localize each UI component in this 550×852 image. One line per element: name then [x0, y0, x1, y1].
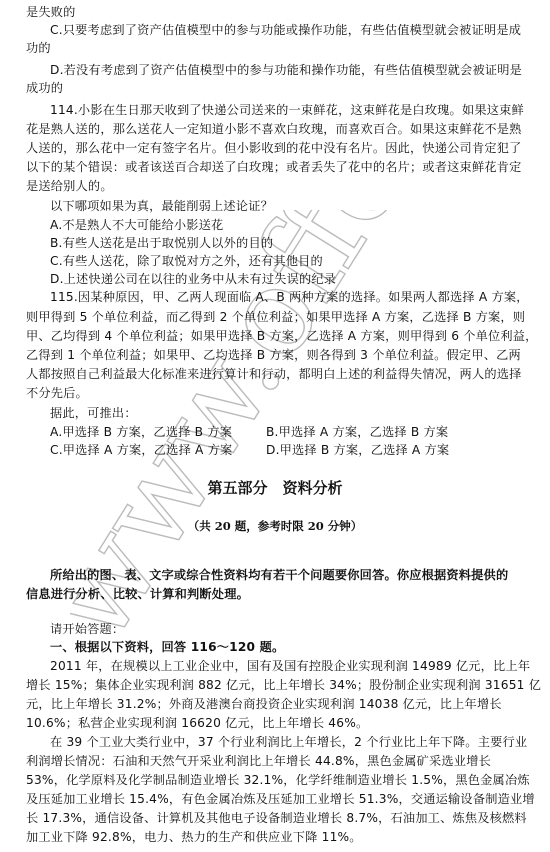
q115-stem: 则甲得到 5 个单位利益，而乙得到 2 个单位利益；如果甲选择 A 方案，乙选择…	[26, 309, 525, 325]
q114-stem: 人送的，那么花中一定有签字名片。但小影收到的花中没有名片。因此，快递公司肯定犯了	[26, 140, 522, 156]
q114-option-b: B.有些人送花是出于取悦别人以外的目的	[50, 235, 273, 251]
q114-prompt: 以下哪项如果为真，最能削弱上述论证？	[50, 198, 273, 214]
q115-option-a: A.甲选择 B 方案，乙选择 B 方案	[50, 424, 232, 440]
q115-stem: 不分先后。	[26, 385, 88, 401]
material-paragraph-1: 元，比上年增长 31.2%；外商及港澳台商投资企业实现利润 14038 亿元，比…	[26, 696, 502, 712]
q114-stem: 花是熟人送的，那么送花人一定知道小影不喜欢白玫瑰，而喜欢百合。如果这束鲜花不是熟	[26, 121, 522, 137]
q113-option-c: C.只要考虑到了资产估值模型中的参与功能或操作功能，有些估值模型就会被证明是成	[50, 22, 521, 38]
q115-stem: 人都按照自己利益最大化标准来进行算计和行动，都明白上述的利益得失情况，两人的选择	[26, 366, 522, 382]
q115-stem: 甲、乙均得到 4 个单位利益；如果甲选择 B 方案，乙选择 A 方案，则甲得到 …	[26, 328, 538, 344]
q113-option-d: D.若没有考虑到了资产估值模型中的参与功能和操作功能，有些估值模型就会被证明是	[50, 62, 522, 78]
section-title: 第五部分 资料分析	[0, 478, 550, 498]
q115-prompt: 据此，可推出：	[50, 405, 137, 421]
q114-option-d: D.上述快递公司在以往的业务中从未有过失误的纪录	[50, 271, 336, 287]
material-paragraph-1: 增长 15%；集体企业实现利润 882 亿元，比上年增长 34%；股份制企业实现…	[26, 677, 541, 693]
material-paragraph-2: 利润增长情况：石油和天然气开采业利润比上年增长 44.8%，黑色金属矿采选业增长	[26, 753, 491, 769]
q114-option-a: A.不是熟人不大可能给小影送花	[50, 217, 223, 233]
material-paragraph-2: 在 39 个工业大类行业中，37 个行业利润比上年增长，2 个行业比上年下降。主…	[50, 734, 527, 750]
q115-stem: 115.因某种原因，甲、乙两人现面临 A、B 两种方案的选择。如果两人都选择 A…	[50, 289, 529, 305]
q114-stem: 以下的某个错误：或者该送百合却送了白玫瑰；或者丢失了花中的名片；或者这束鲜花肯定	[26, 159, 522, 175]
q115-option-c: C.甲选择 A 方案，乙选择 A 方案	[50, 442, 232, 458]
q114-stem: 是送给别人的。	[26, 178, 113, 194]
material-paragraph-1: 2011 年，在规模以上工业企业中，国有及国有控股企业实现利润 14989 亿元…	[50, 658, 530, 674]
section-intro: 所给出的图、表、文字或综合性资料均有若干个问题要你回答。你应根据资料提供的	[50, 567, 508, 583]
material-paragraph-2: 加工业下降 92.8%，电力、热力的生产和供应业下降 11%。	[26, 829, 362, 845]
section-intro-cont: 信息进行分析、比较、计算和判断处理。	[26, 586, 249, 602]
material-paragraph-2: 及压延加工业增长 15.4%，有色金属冶炼及压延加工业增长 51.3%，交通运输…	[26, 791, 535, 807]
q115-option-b: B.甲选择 A 方案，乙选择 B 方案	[266, 424, 448, 440]
section-subtitle: （共 20 题，参考时限 20 分钟）	[0, 518, 550, 534]
q113-option-c-cont: 功的	[26, 40, 51, 56]
material-paragraph-2: 长 17.3%，通信设备、计算机及其他电子设备制造业增长 8.7%，石油加工、炼…	[26, 810, 527, 826]
question-group-title: 一、根据以下资料，回答 116～120 题。	[50, 639, 284, 655]
q115-option-d: D.甲选择 B 方案，乙选择 A 方案	[266, 442, 449, 458]
material-paragraph-1: 10.6%；私营企业实现利润 16620 亿元，比上年增长 46%。	[26, 715, 368, 731]
q114-stem: 114.小影在生日那天收到了快递公司送来的一束鲜花，这束鲜花是白玫瑰。如果这束鲜	[50, 102, 524, 118]
q114-option-c: C.有些人送花，除了取悦对方之外，还有其他目的	[50, 253, 323, 269]
start-prompt: 请开始答题：	[50, 621, 124, 637]
q113-tail: 是失败的	[26, 4, 76, 20]
q113-option-d-cont: 成功的	[26, 80, 63, 96]
material-paragraph-2: 53%，化学原料及化学制品制造业增长 32.1%，化学纤维制造业增长 1.5%，…	[26, 772, 530, 788]
q115-stem: 乙得到 1 个单位利益；如果甲、乙均选择 B 方案，则各得到 3 个单位利益。假…	[26, 347, 521, 363]
